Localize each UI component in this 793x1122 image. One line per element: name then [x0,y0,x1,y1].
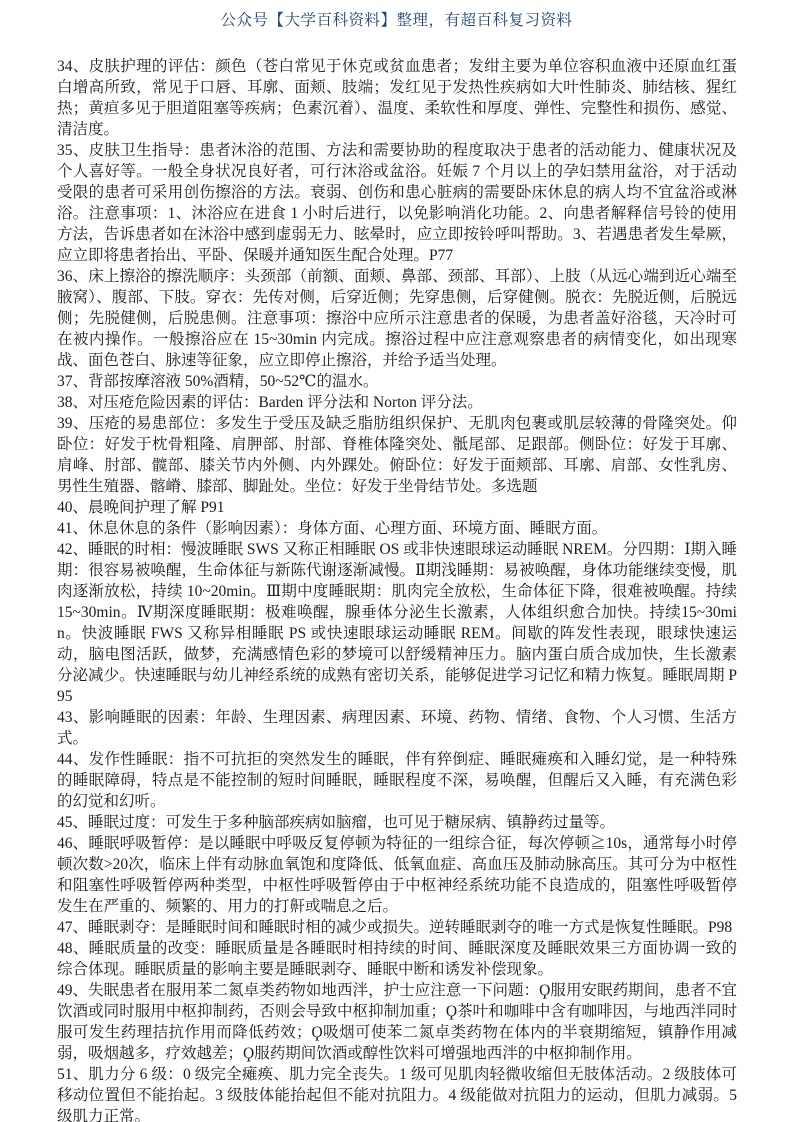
paragraph-item-36: 36、床上擦浴的擦洗顺序：头颈部（前额、面颊、鼻部、颈部、耳部）、上肢（从远心端… [57,266,737,371]
paragraph-item-35: 35、皮肤卫生指导：患者沐浴的范围、方法和需要协助的程度取决于患者的活动能力、健… [57,140,737,266]
paragraph-item-38: 38、对压疮危险因素的评估：Barden 评分法和 Norton 评分法。 [57,392,737,413]
paragraph-item-43: 43、影响睡眠的因素：年龄、生理因素、病理因素、环境、药物、情绪、食物、个人习惯… [57,707,737,749]
paragraph-item-39: 39、压疮的易患部位：多发生于受压及缺乏脂肪组织保护、无肌肉包裹或肌层较薄的骨隆… [57,413,737,497]
document-body: 34、皮肤护理的评估：颜色（苍白常见于休克或贫血患者；发绀主要为单位容积血液中还… [0,31,793,1122]
paragraph-item-37: 37、背部按摩溶液 50%酒精，50~52℃的温水。 [57,371,737,392]
paragraph-item-48: 48、睡眠质量的改变：睡眠质量是各睡眠时相持续的时间、睡眠深度及睡眠效果三方面协… [57,938,737,980]
paragraph-item-51: 51、肌力分 6 级：0 级完全瘫痪、肌力完全丧失。1 级可见肌肉轻微收缩但无肢… [57,1064,737,1122]
paragraph-item-49: 49、失眠患者在服用苯二氮卓类药物如地西泮，护士应注意一下问题：Ϙ服用安眠药期间… [57,980,737,1064]
paragraph-item-44: 44、发作性睡眠：指不可抗拒的突然发生的睡眠，伴有猝倒症、睡眠瘫痪和入睡幻觉，是… [57,749,737,812]
page-header: 公众号【大学百科资料】整理，有超百科复习资料 [0,0,793,31]
paragraph-item-41: 41、休息休息的条件（影响因素）：身体方面、心理方面、环境方面、睡眠方面。 [57,518,737,539]
document-page: 公众号【大学百科资料】整理，有超百科复习资料 34、皮肤护理的评估：颜色（苍白常… [0,0,793,1122]
paragraph-item-34: 34、皮肤护理的评估：颜色（苍白常见于休克或贫血患者；发绀主要为单位容积血液中还… [57,56,737,140]
paragraph-item-42: 42、睡眠的时相：慢波睡眠 SWS 又称正相睡眠 OS 或非快速眼球运动睡眠 N… [57,539,737,707]
paragraph-item-40: 40、晨晚间护理了解 P91 [57,497,737,518]
paragraph-item-46: 46、睡眠呼吸暂停：是以睡眠中呼吸反复停顿为特征的一组综合征，每次停顿≧10s，… [57,833,737,917]
paragraph-item-45: 45、睡眠过度：可发生于多种脑部疾病如脑瘤，也可见于糖尿病、镇静药过量等。 [57,812,737,833]
paragraph-item-47: 47、睡眠剥夺：是睡眠时间和睡眠时相的减少或损失。逆转睡眠剥夺的唯一方式是恢复性… [57,917,737,938]
